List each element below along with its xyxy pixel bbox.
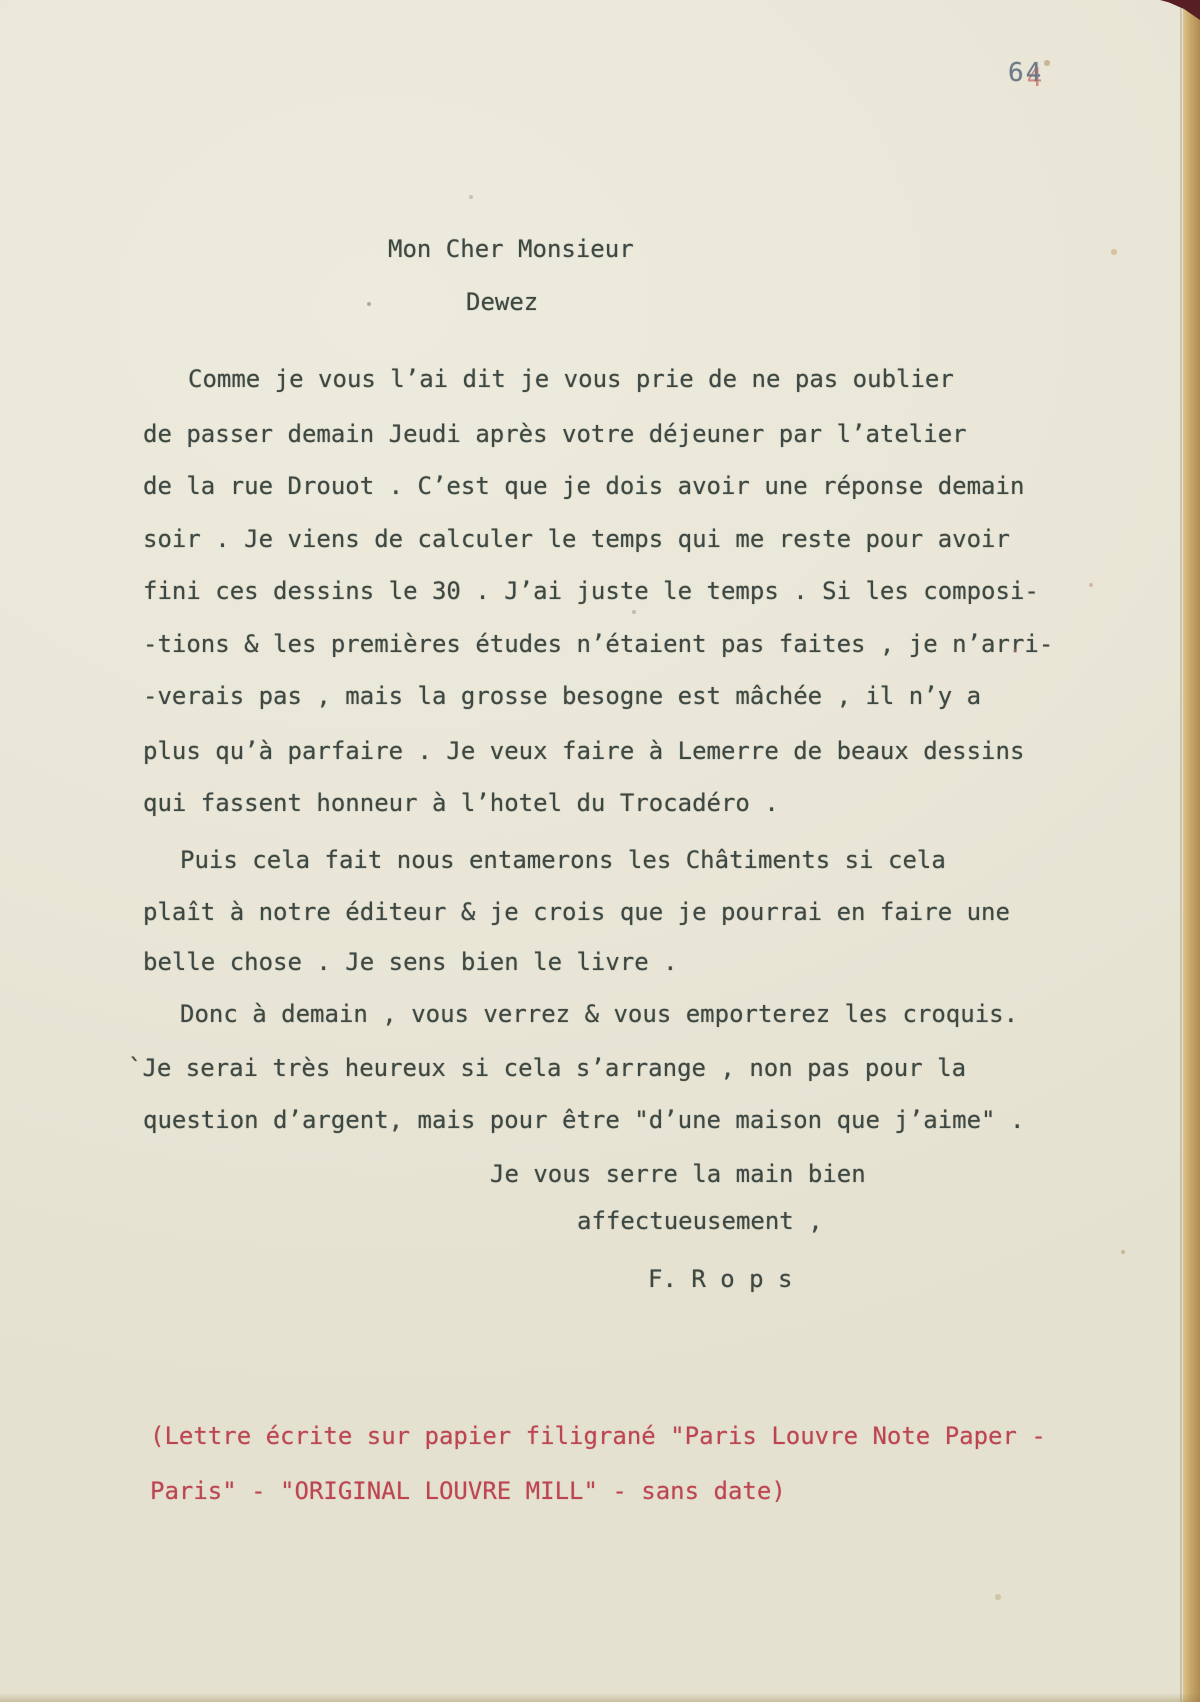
letter-line: soir . Je viens de calculer le temps qui… <box>143 524 1010 554</box>
page-edge-shadow <box>1180 0 1182 1702</box>
letter-page: 64 Mon Cher MonsieurDewezComme je vous l… <box>0 0 1200 1702</box>
letter-line: -verais pas , mais la grosse besogne est… <box>143 681 981 711</box>
page-bottom-edge <box>0 1693 1200 1702</box>
page-number: 64 <box>1008 58 1043 88</box>
letter-line: de la rue Drouot . C’est que je dois avo… <box>143 471 1024 501</box>
letter-line: question d’argent, mais pour être "d’une… <box>143 1105 1024 1135</box>
footnote-line: (Lettre écrite sur papier filigrané "Par… <box>150 1421 1046 1451</box>
letter-line: -tions & les premières études n’étaient … <box>143 629 1053 659</box>
page-number-digit: 6 <box>1008 58 1026 88</box>
letter-line: belle chose . Je sens bien le livre . <box>143 947 678 977</box>
footnote-line: Paris" - "ORIGINAL LOUVRE MILL" - sans d… <box>150 1476 786 1506</box>
closing-line: Je vous serre la main bien <box>490 1159 866 1189</box>
letter-line: Puis cela fait nous entamerons les Châti… <box>180 845 946 875</box>
letter-line: plaît à notre éditeur & je crois que je … <box>143 897 1010 927</box>
closing-line: affectueusement , <box>577 1206 823 1236</box>
letter-line: Donc à demain , vous verrez & vous empor… <box>180 999 1018 1029</box>
page-edge <box>1183 0 1200 1702</box>
page-number-digit: 4 <box>1026 58 1044 88</box>
signature-line: F. R o p s <box>648 1264 793 1294</box>
letter-line: `Je serai très heureux si cela s’arrange… <box>128 1053 966 1083</box>
salutation-line: Dewez <box>466 287 538 317</box>
letter-line: qui fassent honneur à l’hotel du Trocadé… <box>143 788 779 818</box>
letter-line: plus qu’à parfaire . Je veux faire à Lem… <box>143 736 1024 766</box>
salutation-line: Mon Cher Monsieur <box>388 234 634 264</box>
paper-specks <box>0 0 2 2</box>
letter-line: fini ces dessins le 30 . J’ai juste le t… <box>143 576 1039 606</box>
letter-line: Comme je vous l’ai dit je vous prie de n… <box>188 364 954 394</box>
letter-line: de passer demain Jeudi après votre déjeu… <box>143 419 967 449</box>
